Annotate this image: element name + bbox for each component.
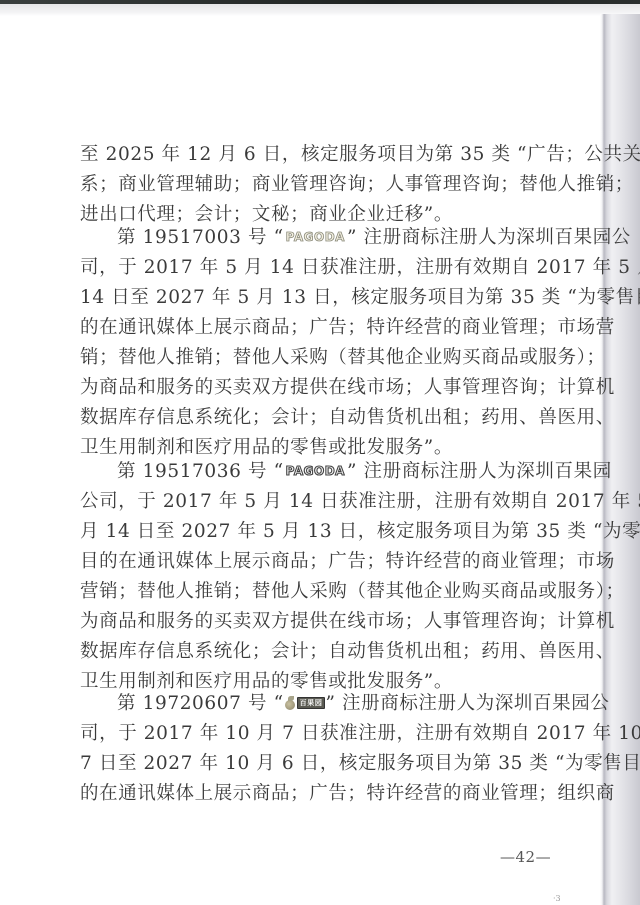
paragraph-3-trademark-19517036: 第 19517036 号 “PAGODA” 注册商标注册人为深圳百果园 公司，于… [80, 457, 564, 697]
paragraph-4-trademark-19720607: 第 19720607 号 “百果园” 注册商标注册人为深圳百果园公 司，于 20… [80, 689, 564, 809]
trademark-number: 第 19720607 号 “ [117, 693, 284, 714]
text-line: 营销；替他人推销；替他人采购（替其他企业购买商品或服务）； [80, 577, 564, 607]
trademark-number: 第 19517036 号 “ [117, 461, 284, 482]
text-after-logo: ” 注册商标注册人为深圳百果园公 [325, 693, 609, 714]
text-line-lead: 第 19720607 号 “百果园” 注册商标注册人为深圳百果园公 [80, 689, 564, 719]
pagoda-logo-solid-icon: PAGODA [284, 464, 347, 478]
text-line: 的在通讯媒体上展示商品；广告；特许经营的商业管理；组织商 [80, 779, 564, 809]
fruit-mascot-icon [284, 696, 296, 710]
text-line: 至 2025 年 12 月 6 日，核定服务项目为第 35 类 “广告；公共关 [80, 140, 564, 170]
text-line: 为商品和服务的买卖双方提供在线市场；人事管理咨询；计算机 [80, 607, 564, 637]
text-after-logo: ” 注册商标注册人为深圳百果园公 [347, 227, 631, 248]
text-line: 销；替他人推销；替他人采购（替其他企业购买商品或服务）； [80, 343, 564, 373]
scan-mark: ·3 [553, 894, 561, 903]
text-line: 14 日至 2027 年 5 月 13 日，核定服务项目为第 35 类 “为零售… [80, 283, 564, 313]
text-line: 司，于 2017 年 5 月 14 日获准注册，注册有效期自 2017 年 5 … [80, 253, 564, 283]
text-line-lead: 第 19517003 号 “PAGODA” 注册商标注册人为深圳百果园公 [80, 223, 564, 253]
text-line-lead: 第 19517036 号 “PAGODA” 注册商标注册人为深圳百果园 [80, 457, 564, 487]
text-line: 7 日至 2027 年 10 月 6 日，核定服务项目为第 35 类 “为零售目 [80, 749, 564, 779]
pagoda-logo-outline-icon: PAGODA [284, 230, 347, 244]
text-line: 的在通讯媒体上展示商品；广告；特许经营的商业管理；市场营 [80, 313, 564, 343]
text-line: 目的在通讯媒体上展示商品；广告；特许经营的商业管理；市场 [80, 547, 564, 577]
text-line: 为商品和服务的买卖双方提供在线市场；人事管理咨询；计算机 [80, 373, 564, 403]
document-page: 至 2025 年 12 月 6 日，核定服务项目为第 35 类 “广告；公共关 … [0, 0, 600, 905]
text-line: 数据库存信息系统化；会计；自动售货机出租；药用、兽医用、 [80, 403, 564, 433]
baiguoyuan-logo-text: 百果园 [297, 697, 326, 709]
text-line: 月 14 日至 2027 年 5 月 13 日，核定服务项目为第 35 类 “为… [80, 517, 564, 547]
text-after-logo: ” 注册商标注册人为深圳百果园 [347, 461, 612, 482]
paragraph-2-trademark-19517003: 第 19517003 号 “PAGODA” 注册商标注册人为深圳百果园公 司，于… [80, 223, 564, 463]
text-line: 公司，于 2017 年 5 月 14 日获准注册，注册有效期自 2017 年 5 [80, 487, 564, 517]
page-number: —42— [500, 848, 551, 866]
text-line: 数据库存信息系统化；会计；自动售货机出租；药用、兽医用、 [80, 637, 564, 667]
text-line: 司，于 2017 年 10 月 7 日获准注册，注册有效期自 2017 年 10… [80, 719, 564, 749]
baiguoyuan-logo-icon: 百果园 [284, 696, 326, 710]
text-line: 系；商业管理辅助；商业管理咨询；人事管理咨询；替他人推销； [80, 170, 564, 200]
trademark-number: 第 19517003 号 “ [117, 227, 284, 248]
paragraph-1: 至 2025 年 12 月 6 日，核定服务项目为第 35 类 “广告；公共关 … [80, 140, 564, 230]
